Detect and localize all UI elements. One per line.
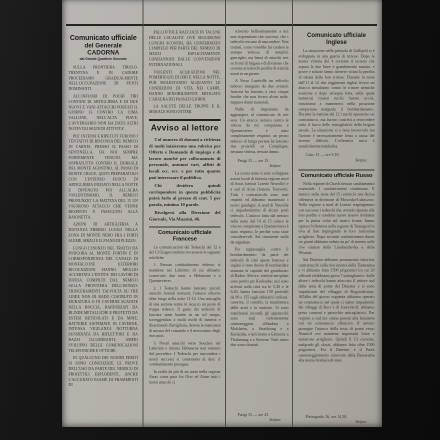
body-paragraph: PIU' INTENSI E RIPETUTI FURONO I TENTATI… xyxy=(69,134,139,220)
body-paragraph: 2. I Tedeschi hanno lanciato piccoli att… xyxy=(149,286,221,339)
cadorna-body-continued: PALLOTTOLE RACCOLTI IN TALUNE DELLE LOCA… xyxy=(149,30,221,115)
body-paragraph: PALLOTTOLE RACCOLTI IN TALUNE DELLE LOCA… xyxy=(149,30,221,68)
cadorna-headline-line1: Comunicato ufficiale xyxy=(69,34,139,42)
column-layout: Comunicato ufficiale del Generale CADORN… xyxy=(62,0,382,427)
russo-rule xyxy=(299,169,375,170)
column-cadorna: Comunicato ufficiale del Generale CADORN… xyxy=(62,0,143,427)
french-body-a: schermo bellissimamente a noi non rispar… xyxy=(231,29,289,157)
body-paragraph: Per rappresaglia contro il bombardamento… xyxy=(231,247,289,348)
body-paragraph: VIOLENTI ACQUAZZONI NEL POMERIGGIO DI IE… xyxy=(149,70,221,102)
newspaper-page: Comunicato ufficiale del Generale CADORN… xyxy=(62,0,382,427)
body-paragraph: Le comunicazioni dei Tedeschi del 12 e d… xyxy=(149,245,221,261)
body-paragraph: A Verso Lunéville un velivolo tedesco in… xyxy=(231,79,289,105)
column-english-russian: Comunicato ufficiale Inglese La situazio… xyxy=(293,0,382,427)
body-paragraph: ALL'INFUORI DI POCHI TIRI LONTANI DI ART… xyxy=(69,94,139,132)
francese-rule xyxy=(149,226,221,227)
signature: Stefani. xyxy=(231,418,289,423)
avviso-paragraph: Rivolgersi alla Direzione del Giornale, … xyxy=(149,210,221,223)
russian-communique-body: Nella regione di Chavli nessun cambiamen… xyxy=(299,181,375,412)
body-paragraph: Sul Dniester abbiamo pronunziato vittori… xyxy=(299,258,375,364)
french-communique-body: Le comunicazioni dei Tedeschi del 12 e d… xyxy=(149,245,221,385)
body-paragraph: 3. Nostri attacchi verso Souchez nel Lab… xyxy=(149,341,221,367)
cadorna-headline-line2: del Generale CADORNA xyxy=(69,42,139,56)
body-paragraph: La situazione nella penisola di Gallipol… xyxy=(299,49,375,150)
body-paragraph: In realtà da più di un mese nella region… xyxy=(149,369,221,385)
body-paragraph: AZIONI DI ARTIGLIERIA A DISTANZA EBBERO … xyxy=(69,222,139,244)
column-avviso-francese: PALLOTTOLE RACCOLTI IN TALUNE DELLE LOCA… xyxy=(144,0,226,427)
russian-communique-headline: Comunicato ufficiale Russo xyxy=(299,172,375,179)
body-paragraph: La scorsa notte si sono sviluppate azion… xyxy=(231,171,289,245)
body-paragraph: 1. Nessun combattimento tedesco si manti… xyxy=(149,263,221,284)
french-body-b: La scorsa notte si sono sviluppate azion… xyxy=(231,171,289,411)
cadorna-body: SULLA FRONTIERA TIROLO-TRENTINA E IN CAD… xyxy=(69,65,139,388)
body-paragraph: IN QUALCUNO DEI NOSTRI FERITI SI SONO CO… xyxy=(69,356,139,388)
english-communique-headline-line2: Inglese xyxy=(299,39,375,46)
screenshot-stage: Comunicato ufficiale del Generale CADORN… xyxy=(0,0,440,440)
avviso-headline: Avviso al lettore xyxy=(149,123,221,133)
avviso-paragraph: Chi desidera quindi corrispondere in que… xyxy=(149,183,221,208)
body-paragraph: LUNGO L'ISONZO NEL TRATTO DA PODGORA AL … xyxy=(69,246,139,354)
avviso-paragraph: Col numero di domani a richiesta di molt… xyxy=(149,136,221,180)
avviso-rule xyxy=(149,119,221,121)
cadorna-subheadline: dal Grande Quartiere Generale xyxy=(69,58,139,62)
signature: Stefani. xyxy=(299,158,375,163)
french-communique-section: Comunicato ufficiale Francese Le comunic… xyxy=(149,229,221,385)
body-paragraph: schermo bellissimamente a noi non rispar… xyxy=(231,29,289,77)
english-communique-body: La situazione nella penisola di Gallipol… xyxy=(299,49,375,152)
french-communique-headline: Comunicato ufficiale Francese xyxy=(149,229,221,242)
body-paragraph: Nulla di importante da aggiungere al com… xyxy=(231,107,289,155)
signature: Stefani. xyxy=(231,164,289,169)
body-paragraph: Nella regione di Chavli nessun cambiamen… xyxy=(299,181,375,255)
body-paragraph: SULLA FRONTIERA TIROLO-TRENTINA E IN CAD… xyxy=(69,65,139,92)
column-french-continued: schermo bellissimamente a noi non rispar… xyxy=(226,0,292,427)
body-paragraph: LA SALUTE DELLE TRUPPE E IL MORALE SONO … xyxy=(149,104,221,115)
avviso-section: Avviso al lettore Col numero di domani a… xyxy=(149,123,221,222)
signature: Stefani. xyxy=(299,420,375,425)
newspaper-page-content: Comunicato ufficiale del Generale CADORN… xyxy=(62,0,382,427)
